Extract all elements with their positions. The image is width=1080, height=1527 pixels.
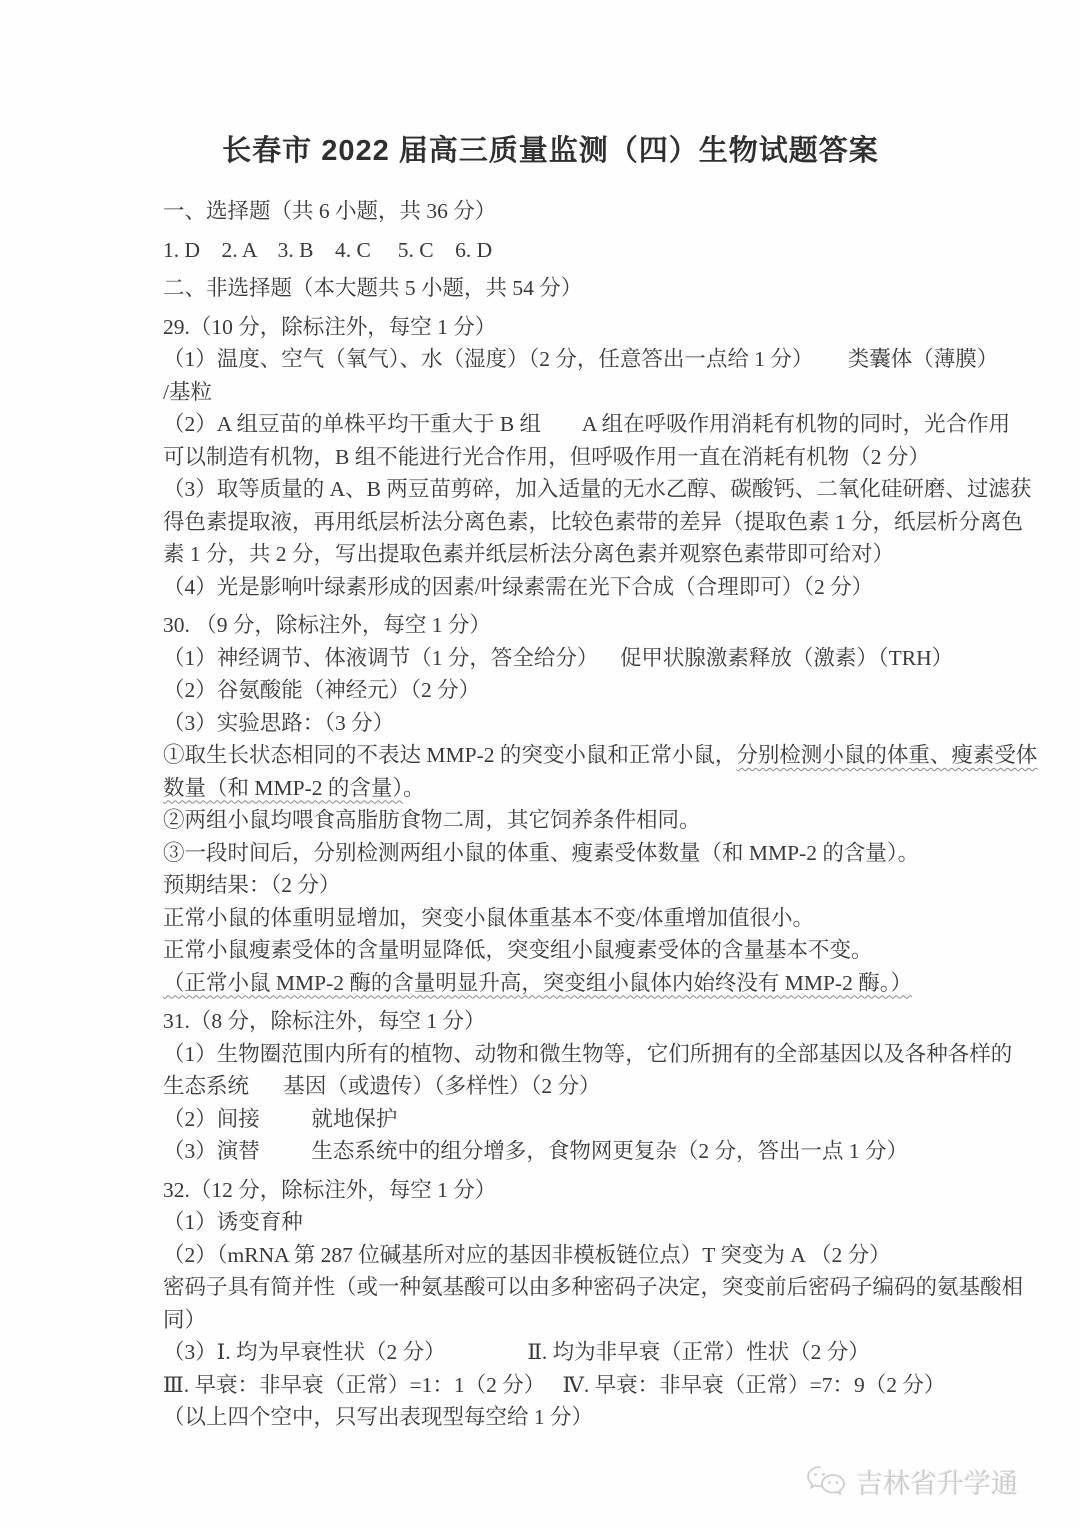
q29-answer3-line1: （3）取等质量的 A、B 两豆苗剪碎，加入适量的无水乙醇、碳酸钙、二氧化硅研磨、… bbox=[163, 473, 938, 506]
underlined-text: 分别检测小鼠的体重、瘦素受体 bbox=[736, 743, 1037, 767]
q30-expect-head: 预期结果：（2 分） bbox=[163, 869, 938, 902]
q29-answer2: （2）A 组豆苗的单株平均干重大于 B 组A 组在呼吸作用消耗有机物的同时，光合… bbox=[163, 408, 938, 441]
q32-answer4: Ⅲ. 早衰：非早衰（正常）=1：1（2 分）Ⅳ. 早衰：非早衰（正常）=7：9（… bbox=[163, 1369, 938, 1402]
q31-answer3: （3）演替生态系统中的组分增多，食物网更复杂（2 分，答出一点 1 分） bbox=[163, 1135, 938, 1168]
q32-answer2: （2）（mRNA 第 287 位碱基所对应的基因非模板链位点）T 突变为 A （… bbox=[163, 1239, 938, 1272]
q29-answer3-line2: 得色素提取液，再用纸层析法分离色素，比较色素带的差异（提取色素 1 分，纸层析分… bbox=[163, 506, 938, 539]
q32-answer3: （3）Ⅰ. 均为早衰性状（2 分）Ⅱ. 均为非早衰（正常）性状（2 分） bbox=[163, 1336, 938, 1369]
q32-head: 32.（12 分，除标注外，每空 1 分） bbox=[163, 1174, 938, 1207]
watermark-label: 吉林省升学通 bbox=[856, 1462, 1018, 1501]
wechat-icon bbox=[804, 1464, 848, 1500]
q29-answer1: （1）温度、空气（氧气）、水（湿度）（2 分，任意答出一点给 1 分）类囊体（薄… bbox=[163, 343, 938, 376]
q30-answer1: （1）神经调节、体液调节（1 分，答全给分）促甲状腺激素释放（激素）（TRH） bbox=[163, 642, 938, 675]
document-body: 长春市 2022 届高三质量监测（四）生物试题答案 一、选择题（共 6 小题，共… bbox=[163, 128, 938, 1434]
underlined-text: 数量（和 MMP-2 的含量） bbox=[163, 776, 403, 800]
q32-answer1: （1）诱变育种 bbox=[163, 1206, 938, 1239]
section1-heading: 一、选择题（共 6 小题，共 36 分） bbox=[163, 195, 938, 228]
q29-answer4: （4）光是影响叶绿素形成的因素/叶绿素需在光下合成（合理即可）（2 分） bbox=[163, 571, 938, 604]
q30-step3: ③一段时间后，分别检测两组小鼠的体重、瘦素受体数量（和 MMP-2 的含量）。 bbox=[163, 837, 938, 870]
answer-sheet-page: 长春市 2022 届高三质量监测（四）生物试题答案 一、选择题（共 6 小题，共… bbox=[0, 0, 1080, 1527]
q30-step1-cont: 数量（和 MMP-2 的含量）。 bbox=[163, 772, 938, 805]
q30-expect1: 正常小鼠的体重明显增加，突变小鼠体重基本不变/体重增加值很小。 bbox=[163, 902, 938, 935]
section2-heading: 二、非选择题（本大题共 5 小题，共 54 分） bbox=[163, 272, 938, 305]
q32-note: （以上四个空中，只写出表现型每空给 1 分） bbox=[163, 1401, 938, 1434]
q31-head: 31.（8 分，除标注外，每空 1 分） bbox=[163, 1005, 938, 1038]
watermark: 吉林省升学通 bbox=[804, 1462, 1018, 1501]
q30-expect3: （正常小鼠 MMP-2 酶的含量明显升高，突变组小鼠体内始终没有 MMP-2 酶… bbox=[163, 967, 938, 1000]
underlined-text: （正常小鼠 MMP-2 酶的含量明显升高，突变组小鼠体内始终没有 MMP-2 酶… bbox=[163, 971, 912, 995]
q29-head: 29.（10 分，除标注外，每空 1 分） bbox=[163, 311, 938, 344]
q31-answer1-line2: 生态系统基因（或遗传）（多样性）（2 分） bbox=[163, 1070, 938, 1103]
q30-step2: ②两组小鼠均喂食高脂肪食物二周，其它饲养条件相同。 bbox=[163, 804, 938, 837]
q30-head: 30. （9 分，除标注外，每空 1 分） bbox=[163, 609, 938, 642]
choice-answers: 1. D 2. A 3. B 4. C 5. C 6. D bbox=[163, 234, 938, 267]
q30-expect2: 正常小鼠瘦素受体的含量明显降低，突变组小鼠瘦素受体的含量基本不变。 bbox=[163, 934, 938, 967]
q31-answer2: （2）间接就地保护 bbox=[163, 1103, 938, 1136]
q30-step1: ①取生长状态相同的不表达 MMP-2 的突变小鼠和正常小鼠，分别检测小鼠的体重、… bbox=[163, 739, 938, 772]
q32-answer2-cont2: 同） bbox=[163, 1304, 938, 1337]
q29-answer1-cont: /基粒 bbox=[163, 376, 938, 409]
q30-answer2: （2）谷氨酸能（神经元）（2 分） bbox=[163, 674, 938, 707]
q29-answer3-line3: 素 1 分，共 2 分，写出提取色素并纸层析法分离色素并观察色素带即可给对） bbox=[163, 538, 938, 571]
q29-answer2-cont: 可以制造有机物，B 组不能进行光合作用，但呼吸作用一直在消耗有机物（2 分） bbox=[163, 441, 938, 474]
q31-answer1-line1: （1）生物圈范围内所有的植物、动物和微生物等，它们所拥有的全部基因以及各种各样的 bbox=[163, 1038, 938, 1071]
page-title: 长春市 2022 届高三质量监测（四）生物试题答案 bbox=[163, 128, 938, 169]
q30-answer3: （3）实验思路：（3 分） bbox=[163, 707, 938, 740]
q32-answer2-cont1: 密码子具有简并性（或一种氨基酸可以由多种密码子决定，突变前后密码子编码的氨基酸相 bbox=[163, 1271, 938, 1304]
